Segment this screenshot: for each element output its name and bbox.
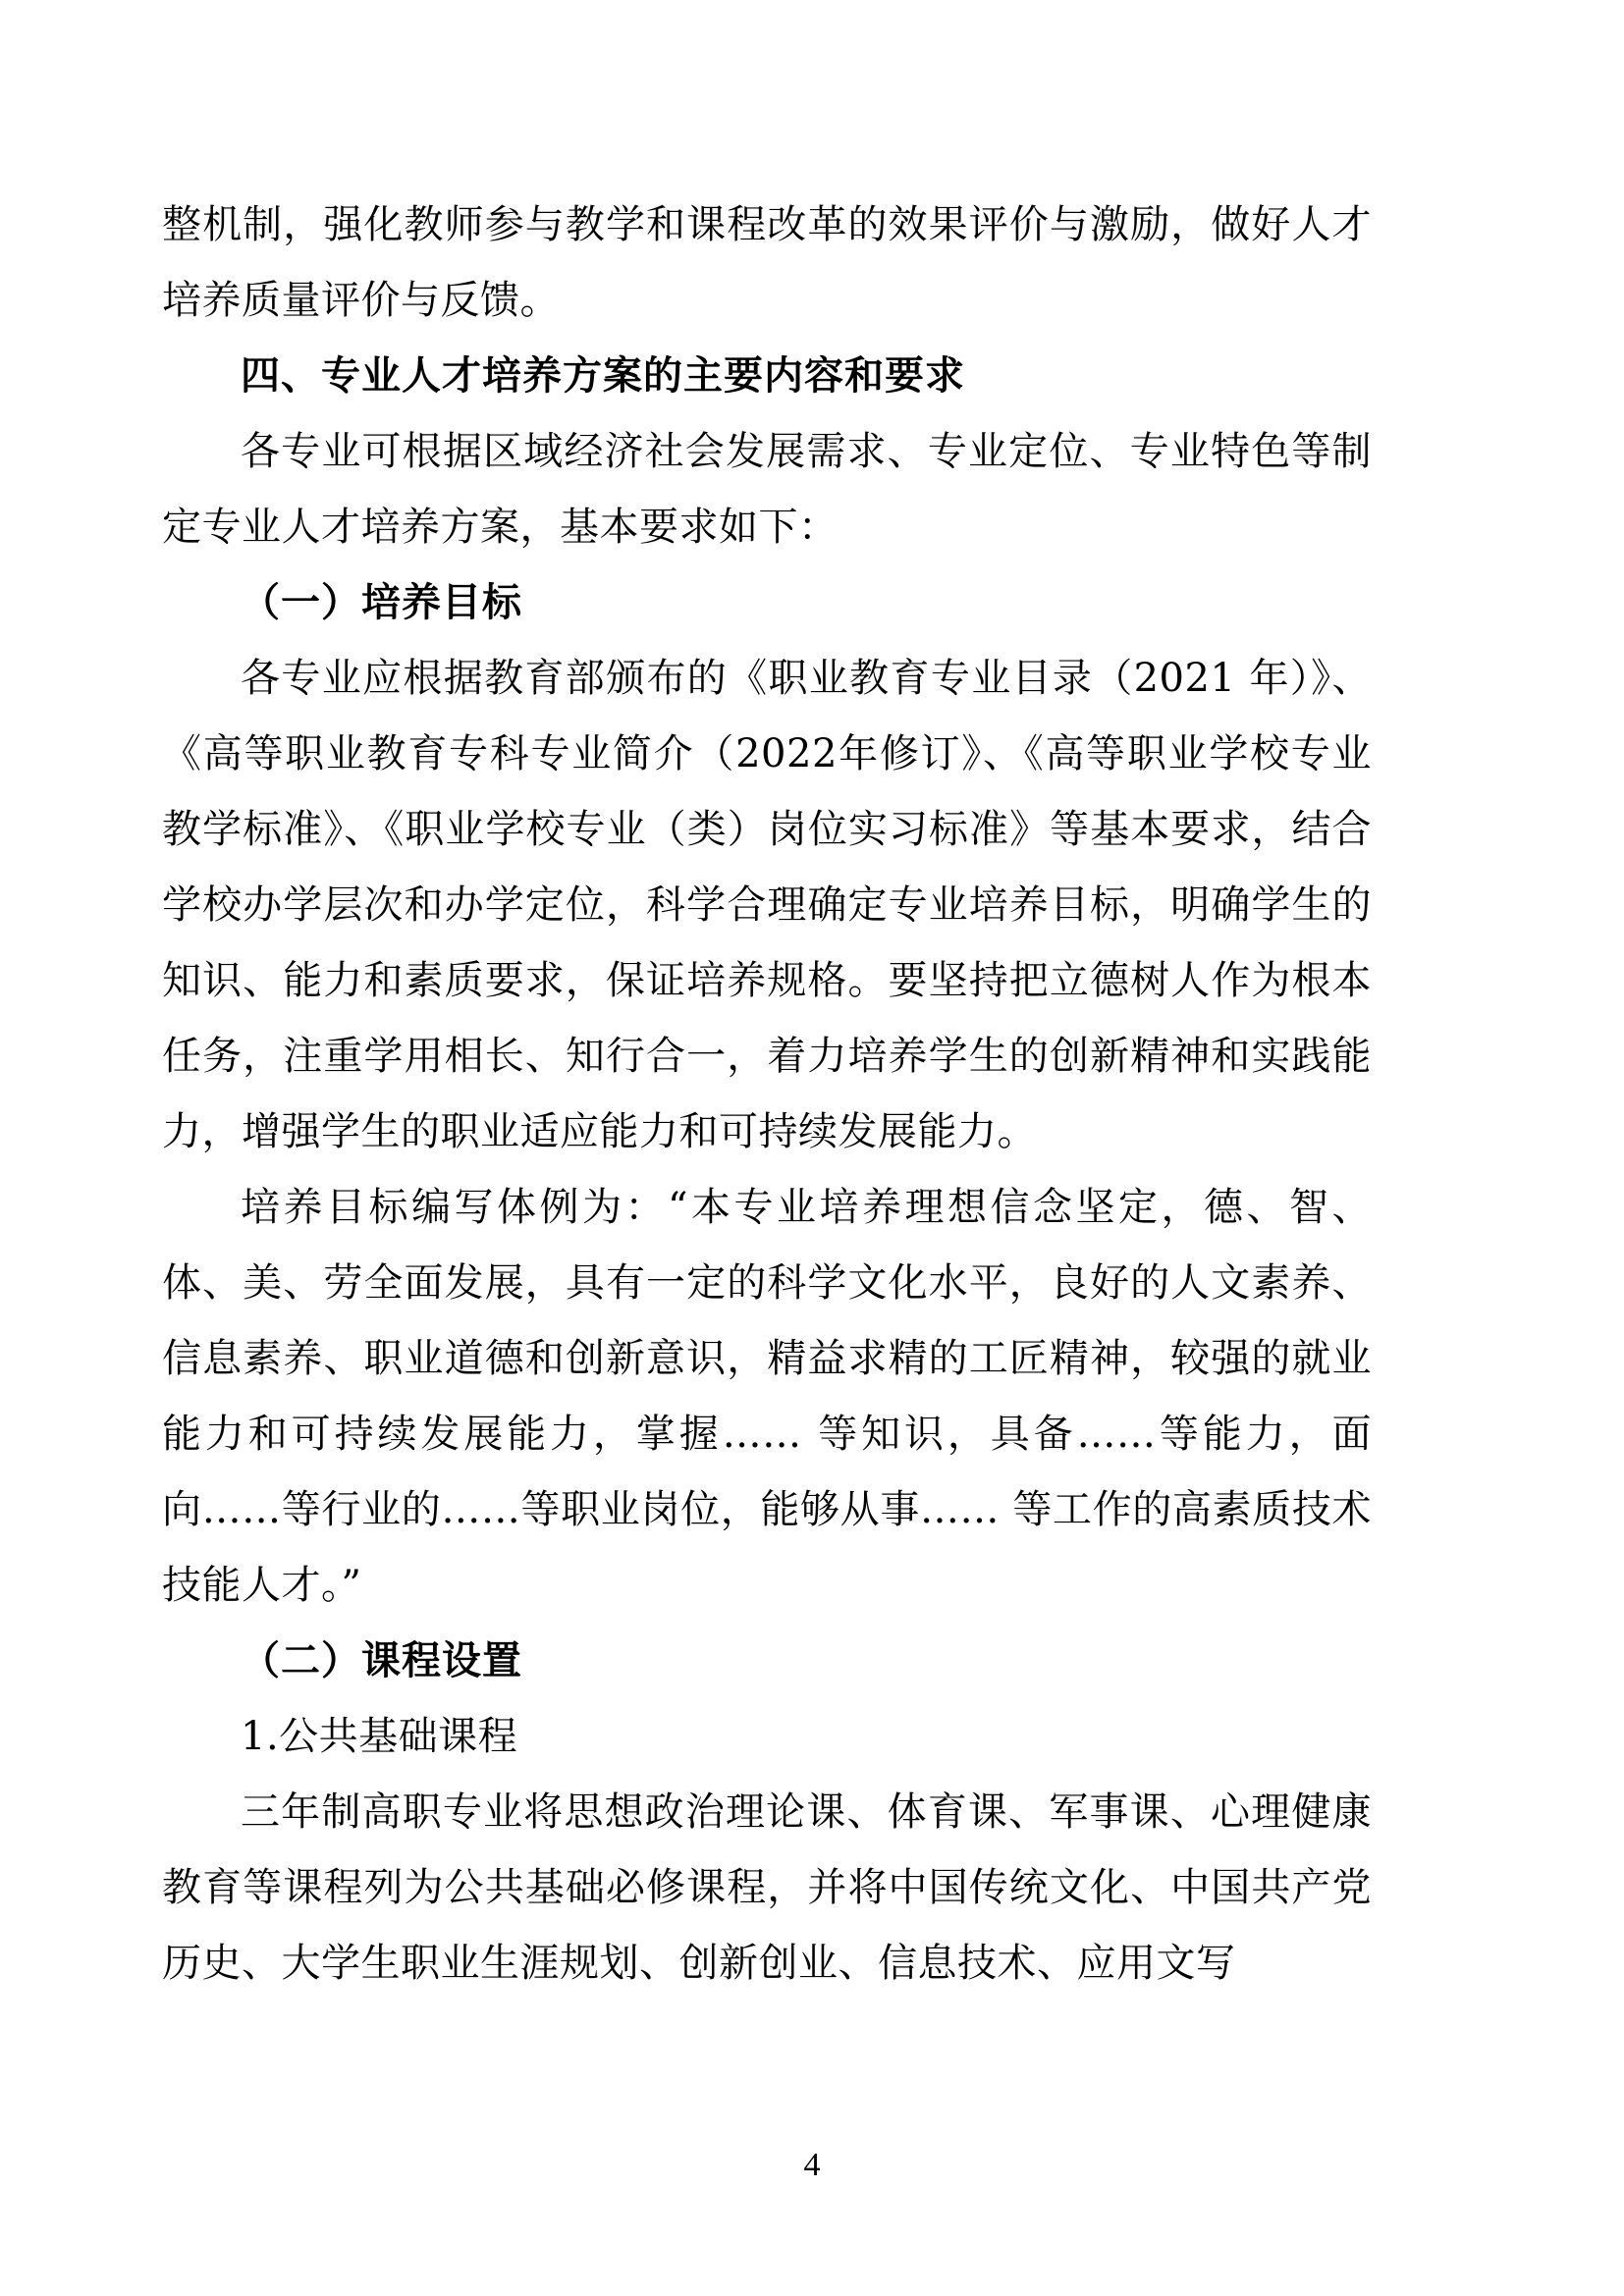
paragraph: 整机制，强化教师参与教学和课程改革的效果评价与激励，做好人才培养质量评价与反馈。: [162, 187, 1372, 339]
paragraph: 培养目标编写体例为：“本专业培养理想信念坚定，德、智、体、美、劳全面发展，具有一…: [162, 1170, 1372, 1624]
paragraph: 1.公共基础课程: [162, 1699, 1372, 1775]
paragraph: 三年制高职专业将思想政治理论课、体育课、军事课、心理健康教育等课程列为公共基础必…: [162, 1775, 1372, 2002]
section-heading: 四、专业人才培养方案的主要内容和要求: [162, 339, 1372, 414]
document-body: 整机制，强化教师参与教学和课程改革的效果评价与激励，做好人才培养质量评价与反馈。…: [162, 187, 1372, 2002]
page-number: 4: [0, 2144, 1624, 2187]
paragraph: 各专业可根据区域经济社会发展需求、专业定位、专业特色等制定专业人才培养方案，基本…: [162, 414, 1372, 565]
subsection-heading: （一）培养目标: [162, 565, 1372, 641]
subsection-heading: （二）课程设置: [162, 1624, 1372, 1699]
paragraph: 各专业应根据教育部颁布的《职业教育专业目录（2021 年）》、《高等职业教育专科…: [162, 641, 1372, 1170]
document-page: 整机制，强化教师参与教学和课程改革的效果评价与激励，做好人才培养质量评价与反馈。…: [0, 0, 1624, 2296]
